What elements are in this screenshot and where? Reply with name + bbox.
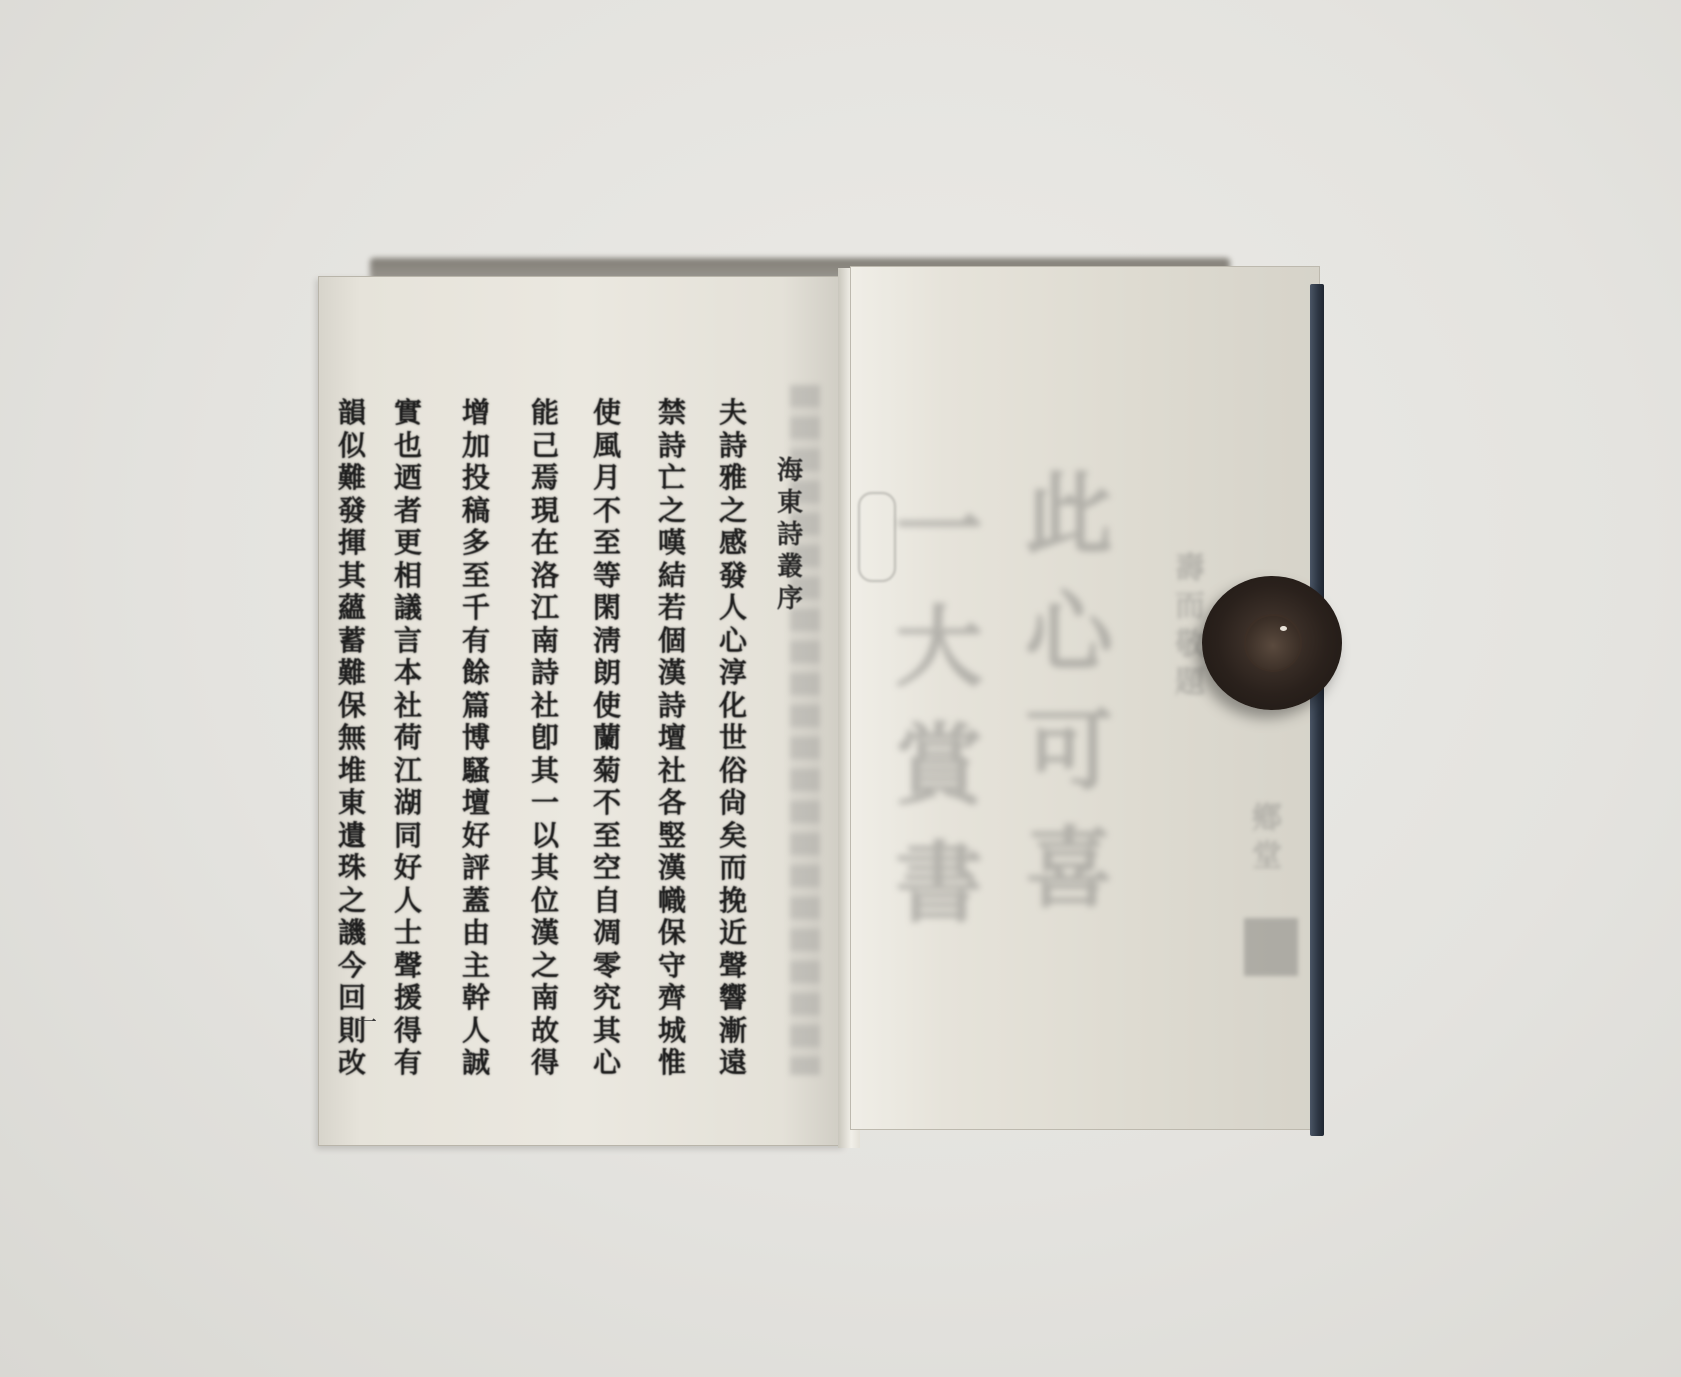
calligraphy-column-left: 一大賞書 xyxy=(895,470,983,942)
text-column-2: 禁詩亡之嘆結若個漢詩壇社各竪漢幟保守齊城惟 xyxy=(655,397,689,1080)
open-book: 海東詩叢序 夫詩雅之感發人心淳化世俗尙矣而挽近聲響漸遠 禁詩亡之嘆結若個漢詩壇社… xyxy=(0,0,1681,1377)
text-column-1: 夫詩雅之感發人心淳化世俗尙矣而挽近聲響漸遠 xyxy=(716,397,750,1080)
page-number: 一 xyxy=(355,1006,377,1037)
seal-stamp xyxy=(858,492,896,582)
signature-column: 鄕堂 xyxy=(1252,800,1282,876)
text-column-3: 使風月不至等閑淸朗使蘭菊不至空自凋零究其心 xyxy=(590,397,624,1080)
calligraphy-column-right: 此心可喜 xyxy=(1025,455,1113,927)
weight-knob xyxy=(1246,616,1300,670)
round-book-weight xyxy=(1202,576,1342,710)
preface-title: 海東詩叢序 xyxy=(773,455,807,615)
inscription-column: 壽而敬題 xyxy=(1175,550,1205,702)
text-column-5: 增加投稿多至千有餘篇博騷壇好評蓋由主幹人誠 xyxy=(459,397,493,1080)
text-column-7: 韻似難發揮其蘊蓄難保無堆東遺珠之譏今回則改 xyxy=(335,397,369,1080)
signature-seal xyxy=(1244,918,1298,976)
weight-highlight xyxy=(1280,626,1287,631)
text-column-6: 實也迺者更相議言本社荷江湖同好人士聲援得有 xyxy=(391,397,425,1080)
book-spine xyxy=(1310,284,1324,1136)
text-column-4: 能己焉現在洛江南詩社卽其一以其位漢之南故得 xyxy=(528,397,562,1080)
